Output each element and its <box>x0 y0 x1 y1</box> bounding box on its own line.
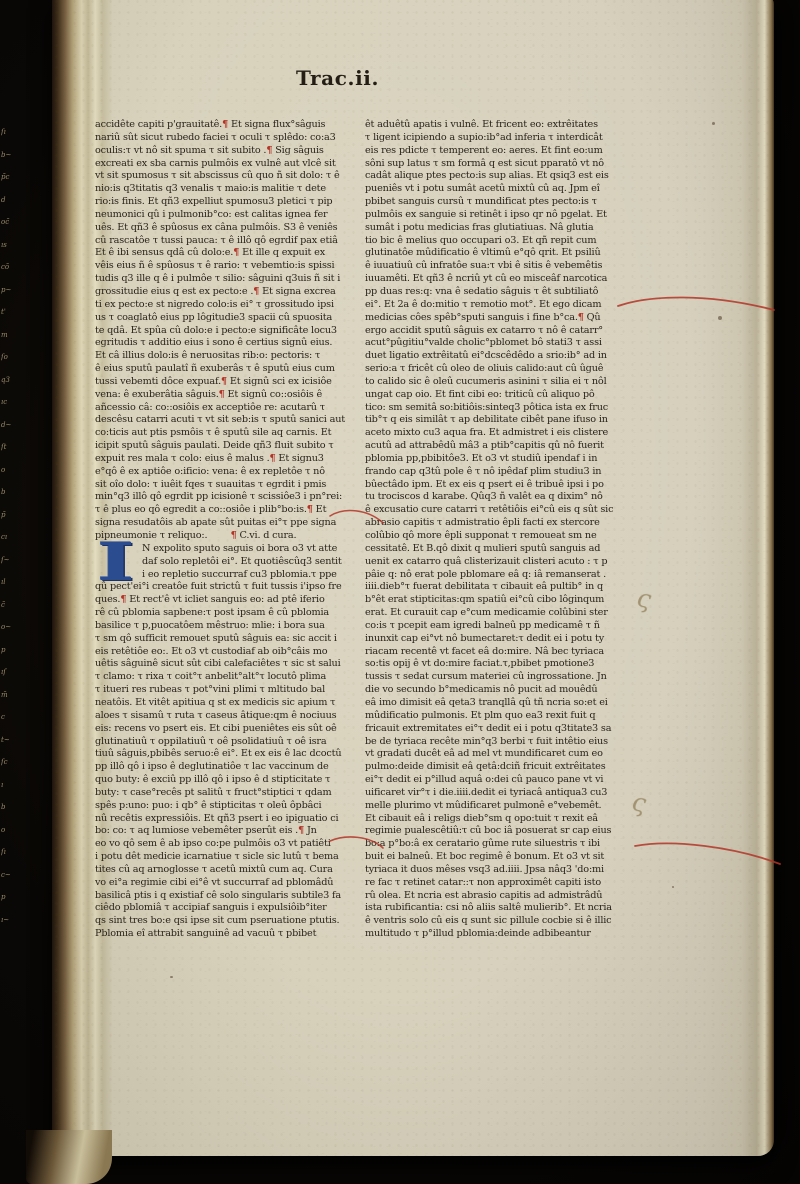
text-line: co:is τ pcepit eam igredi balneû pp medi… <box>365 620 635 633</box>
paper-speck <box>170 976 173 978</box>
text-line: b°êt erat stipticitas:qm spatiû ei°cû ci… <box>365 594 635 607</box>
text-line: fricauit extremitates ei°τ dedit ei i po… <box>365 723 635 736</box>
text-line: eâ imo dimisit eâ qeta3 tranqllâ qû tñ n… <box>365 697 635 710</box>
text-line: pp illô qô i ipso ê deglutinatiôe τ lac … <box>95 761 360 774</box>
pilcrow-mark: ¶ <box>233 247 239 258</box>
text-line: multitudo τ p°illud pblomia:deinde adbib… <box>365 928 635 941</box>
text-line: vt sit spumosus τ sit abscissus cû quo ñ… <box>95 170 360 183</box>
text-line: ıl <box>1 578 19 586</box>
text-line: aloes τ sisamû τ ruta τ caseus âtique:qm… <box>95 710 360 723</box>
text-line: ê ventris solo cû eis q sunt sic pillule… <box>365 915 635 928</box>
text-line: p̃ <box>1 511 19 519</box>
text-line: vt gradati ducêt eâ ad mel vt mundificar… <box>365 748 635 761</box>
text-line: tiuû sâguis,pbibês seruo:ê ei°. Et ex ei… <box>95 748 360 761</box>
text-line: riacam recentê vt facet eâ do:mire. Nâ b… <box>365 646 635 659</box>
text-line: ques.¶ Et rect'ê vt icliet sanguis eo: a… <box>95 594 360 607</box>
spine-marginalia: ſıb~p̃cdoc̃ıscõp~t'mſoq3ıcd~ſtobp̃cıſ~ıl… <box>1 128 19 924</box>
text-line: pueniês vt i potu sumât acetû mixtû cû a… <box>365 183 635 196</box>
text-line: Pblomia eî attrabit sanguinê ad vacuû τ … <box>95 928 360 941</box>
text-line: tudis q3 ille q ê i pulmôe τ silio: sâgu… <box>95 273 360 286</box>
text-line: τ ligent icipiendo a supio:ib°ad inferia… <box>365 132 635 145</box>
text-line: sumât i potu medicias fras glutiatiuas. … <box>365 222 635 235</box>
text-line: ſı <box>1 848 19 856</box>
text-line: rê cû pblomia sapbene:τ post ipsam ê cû … <box>95 607 360 620</box>
text-line: nariû sût sicut rubedo faciei τ oculi τ … <box>95 132 360 145</box>
running-header: Trac.ii. <box>296 66 379 90</box>
text-line: Et cibauit eâ i religs dieb°sm q opo:tui… <box>365 813 635 826</box>
text-line: pulmôis ex sanguie si retinêt i ipso qr … <box>365 209 635 222</box>
pilcrow-mark: ¶ <box>221 376 227 387</box>
pilcrow-mark: ¶ <box>219 389 225 400</box>
text-line: ſc <box>1 758 19 766</box>
text-line: ungat cap oio. Et fint cibi eo: triticû … <box>365 389 635 402</box>
text-line: medicias côes spêb°sputi sanguis i fine … <box>365 312 635 325</box>
text-line: cõ <box>1 263 19 271</box>
text-line: us τ coaglatô eius pp lôgitudie3 spacii … <box>95 312 360 325</box>
text-line: ı~ <box>1 916 19 924</box>
text-line: vena: ê exuberâtia sâguis.¶ Et signû co:… <box>95 389 360 402</box>
text-line: buit ei balneû. Et boc regimê ê bonum. E… <box>365 851 635 864</box>
text-line: glutinatiuû τ oppilatiuû τ oê psolidatiu… <box>95 736 360 749</box>
pilcrow-mark: ¶ <box>253 286 259 297</box>
text-line: uêtis sâguinê sicut sût cibi calefaciête… <box>95 658 360 671</box>
text-line: ei°. Et 2a ê do:mitio τ remotio mot°. Et… <box>365 299 635 312</box>
text-line: ı <box>1 781 19 789</box>
text-line: so:tis opij ê vt do:mire faciat.τ,pbibet… <box>365 658 635 671</box>
text-line: m <box>1 331 19 339</box>
text-line: êt aduêtû apatis i vulnê. Et fricent eo:… <box>365 119 635 132</box>
text-line: frando cap q3tû pole ê τ nô ipêdaf plim … <box>365 466 635 479</box>
text-line: acut°pûgitiu°valde cholic°pblomet bô sta… <box>365 337 635 350</box>
text-line: bo: co: τ aq lumiose vebemêter pserût ei… <box>95 825 360 838</box>
pilcrow-mark: ¶ <box>578 312 584 323</box>
text-line: serio:a τ fricêt cû oleo de oliuis calid… <box>365 363 635 376</box>
text-line: bo:a p°bo:â ex ceratario gûme rute silue… <box>365 838 635 851</box>
text-line: b̃ <box>1 803 19 811</box>
text-line: melle plurimo vt mûdificaret pulmonê e°v… <box>365 800 635 813</box>
text-line: e°qô ê ex aptiôe o:ificio: vena: ê ex re… <box>95 466 360 479</box>
text-line: pâie q: nô erat pole pblomare eâ q: iâ r… <box>365 569 635 582</box>
page-curl-bottom <box>26 1130 112 1184</box>
pilcrow-mark: ¶ <box>298 825 304 836</box>
text-line: tib°τ q eis similât τ ap debilitate cibê… <box>365 414 635 427</box>
text-line: ıc <box>1 398 19 406</box>
text-line: duet ligatio extrêitatû ei°dcscêdêdo a s… <box>365 350 635 363</box>
text-column-right: êt aduêtû apatis i vulnê. Et fricent eo:… <box>365 119 635 947</box>
text-line: Et ê ibi sensus qdâ cû dolo:e.¶ Et ille … <box>95 247 360 260</box>
text-line: to calido sic ê oleû cucumeris asinini τ… <box>365 376 635 389</box>
text-line: ciêdo pblomiâ τ accipiaf sanguis i expul… <box>95 902 360 915</box>
book-photograph: ſıb~p̃cdoc̃ıscõp~t'mſoq3ıcd~ſtobp̃cıſ~ıl… <box>0 0 800 1184</box>
pilcrow-mark: ¶ <box>120 594 126 605</box>
text-line: d <box>1 196 19 204</box>
paper-speck <box>712 122 715 125</box>
text-line: buty: τ case°recês pt salitû τ fruct°sti… <box>95 787 360 800</box>
text-line: sôni sup latus τ sm formâ q est sicut pp… <box>365 158 635 171</box>
text-line: pblomia pp,pbibitôe3. Et o3 vt studiû ip… <box>365 453 635 466</box>
text-line: oc̃ <box>1 218 19 226</box>
text-line: ê eius sputû paulatî ñ exuberâs τ ê sput… <box>95 363 360 376</box>
paper-speck <box>718 316 722 320</box>
text-line: descêsu catarri acuti τ vt sit seb:is τ … <box>95 414 360 427</box>
text-line: vo ei°a regimie cibi ei°ê vt succurraf a… <box>95 877 360 890</box>
text-line: ê iuuatiuû cû infratôe sua:τ vbi ê sitis… <box>365 260 635 273</box>
pilcrow-mark: ¶ <box>222 119 228 130</box>
text-line: expuit res mala τ colo: eius ê malus .¶ … <box>95 453 360 466</box>
text-line: τ ê plus eo qô egredit a co::osiôe i pli… <box>95 504 360 517</box>
text-line: Et câ illius dolo:is ê neruositas rib:o:… <box>95 350 360 363</box>
text-line: te qdâ. Et spûa cû dolo:e i pecto:e sign… <box>95 325 360 338</box>
text-line: bûectâdo ipm. Et ex eis q psert ei ê tri… <box>365 479 635 492</box>
text-line: basilicâ ptis i q existiaf cê solo singu… <box>95 890 360 903</box>
text-line: erat. Et curauit cap e°cum medicamie col… <box>365 607 635 620</box>
text-line: o <box>1 466 19 474</box>
text-line: o~ <box>1 623 19 631</box>
pilcrow-mark: ¶ <box>307 504 313 515</box>
text-line: p <box>1 893 19 901</box>
text-line: ſt <box>1 443 19 451</box>
text-line: re fac τ retinet catar::τ non approximêt… <box>365 877 635 890</box>
text-line: o <box>1 826 19 834</box>
text-line: ti ex pecto:e st nigredo colo:is ei° τ g… <box>95 299 360 312</box>
text-line: regimie pualescêtiû:τ cû boc iâ posuerat… <box>365 825 635 838</box>
text-line: die vo secundo b°medicamis nô pucit ad m… <box>365 684 635 697</box>
text-line: ſı <box>1 128 19 136</box>
text-line: t' <box>1 308 19 316</box>
text-line: aceto mixto cu3 aqua fra. Et admistret i… <box>365 427 635 440</box>
text-line: grossitudie eius q est ex pecto:e .¶ Et … <box>95 286 360 299</box>
text-line: quo buty: ê exciû pp illô qô i ipso ê d … <box>95 774 360 787</box>
text-line: qs sint tres bo:e qsi ipse sit cum pseru… <box>95 915 360 928</box>
text-line: uificaret vir°τ i die.iiii.dedit ei tyri… <box>365 787 635 800</box>
text-line: ſ~ <box>1 556 19 564</box>
text-line: cessitatê. Et B.qô dixit q mulieri sputû… <box>365 543 635 556</box>
text-line: τ clamo: τ rixa τ coit°τ anbelit°alt°τ l… <box>95 671 360 684</box>
text-line: colûbio qô more êpli supponat τ remoueat… <box>365 530 635 543</box>
pilcrow-mark: ¶ <box>231 530 237 541</box>
text-line: c <box>1 713 19 721</box>
text-line: ergo accidit sputû sâguis ex catarro τ n… <box>365 325 635 338</box>
text-line: spês p:uno: puo: i qb° ê stipticitas τ o… <box>95 800 360 813</box>
text-line: pp duas res:q: vna ê sedatio sâguis τ êt… <box>365 286 635 299</box>
text-line: mûdificatio pulmonis. Et plm quo ea3 rex… <box>365 710 635 723</box>
text-line: ſo <box>1 353 19 361</box>
text-line: inunxit cap ei°vt nô bumectaret:τ dedit … <box>365 633 635 646</box>
text-line: abrasio capitis τ admistratio êpli facti… <box>365 517 635 530</box>
text-line: acutû ad attrabêdû mâ3 a ptib°capitis qû… <box>365 440 635 453</box>
text-line: nio:is q3titatis q3 venalis τ maio:is ma… <box>95 183 360 196</box>
text-line: ê excusatio cure catarri τ retêtiôis ei°… <box>365 504 635 517</box>
illuminated-initial: I <box>97 541 165 585</box>
text-line: eis res pdicte τ temperent eo: aeres. Et… <box>365 145 635 158</box>
text-line: sit oîo dolo: τ iuêit fqes τ suauitas τ … <box>95 479 360 492</box>
text-line: ista rubificantia: csi nô aliis saltê mu… <box>365 902 635 915</box>
text-line: vêis eius ñ ê spûosus τ ê rario: τ vebem… <box>95 260 360 273</box>
text-line: eis retêtiôe eo:. Et o3 vt custodiaf ab … <box>95 646 360 659</box>
text-line: icipit sputû sâguis paulati. Deide qñ3 f… <box>95 440 360 453</box>
pilcrow-mark: ¶ <box>270 453 276 464</box>
text-line: oculis:τ vt nô sit spuma τ sit subito .¶… <box>95 145 360 158</box>
text-line: signa resudatôis ab apate sût puitas ei°… <box>95 517 360 530</box>
text-line: tico: sm semitâ so:bitiôis:sinteq3 pôtic… <box>365 402 635 415</box>
text-line: tio bic ê melius quo occupari o3. Et qñ … <box>365 235 635 248</box>
text-line: p <box>1 646 19 654</box>
text-line: rio:is finis. Et qñ3 expelliut spumosu3 … <box>95 196 360 209</box>
text-line: b~ <box>1 151 19 159</box>
pilcrow-mark: ¶ <box>266 145 272 156</box>
text-line: i potu dêt medicie icarnatiue τ sicle si… <box>95 851 360 864</box>
text-line: neumonici qû i pulmonib°co: est calitas … <box>95 209 360 222</box>
text-line: eis: recens vo psert eis. Et cibi pueniê… <box>95 723 360 736</box>
text-line: b <box>1 488 19 496</box>
text-line: cı <box>1 533 19 541</box>
text-line: cû rascatôe τ tussi pauca: τ ê illô qô e… <box>95 235 360 248</box>
text-line: ei°τ dedit ei p°illud aquâ o:dei cû pauc… <box>365 774 635 787</box>
text-line: p~ <box>1 286 19 294</box>
text-line: d~ <box>1 421 19 429</box>
text-line: glutinatôe mûdificatio ê vltimû e°qô qri… <box>365 247 635 260</box>
text-line: iuuamêti. Et qñ3 ê ncriû yt cû eo misceâ… <box>365 273 635 286</box>
text-line: tites cû aq arnoglosse τ acetû mixtû cum… <box>95 864 360 877</box>
text-line: ıs <box>1 241 19 249</box>
text-line: τ sm qô sufficit remouet sputû sâguis ea… <box>95 633 360 646</box>
text-line: co:ticis aut ptis psmôis τ ê sputû sile … <box>95 427 360 440</box>
text-line: accidête capiti p'grauitatê.¶ Et signa f… <box>95 119 360 132</box>
text-line: p̃c <box>1 173 19 181</box>
text-line: pulmo:deide dimisit eâ qetâ:dciñ fricuit… <box>365 761 635 774</box>
text-line: tyriaca it duos mêses vsq3 ad.iiii. Jpsa… <box>365 864 635 877</box>
text-line: eo vo qô sem ê ab ipso co:pe pulmôis o3 … <box>95 838 360 851</box>
text-line: excreati ex sba carnis pulmôis ex vulnê … <box>95 158 360 171</box>
text-line: be de tyriaca recête min°q3 berbi τ fuit… <box>365 736 635 749</box>
text-line: t~ <box>1 736 19 744</box>
text-line: iiii.dieb°τ fuerat debilitata τ cibauit … <box>365 581 635 594</box>
text-line: m̃ <box>1 691 19 699</box>
text-line: ıſ <box>1 668 19 676</box>
text-line: tu trociscos d karabe. Qûq3 ñ valêt ea q… <box>365 491 635 504</box>
text-line: min°q3 illô qô egrdit pp icisionê τ scis… <box>95 491 360 504</box>
text-line: uenit ex catarro quâ clisterizauit clist… <box>365 556 635 569</box>
text-line: c̃ <box>1 601 19 609</box>
text-line: uês. Et qñ3 ê spûosus ex câna pulmôis. S… <box>95 222 360 235</box>
paper-speck <box>672 886 674 888</box>
text-line: q3 <box>1 376 19 384</box>
text-line: c~ <box>1 871 19 879</box>
text-line: tussis τ sedat cursum materiei cû ingros… <box>365 671 635 684</box>
text-line: nû recêtis expressiôis. Et qñ3 psert i e… <box>95 813 360 826</box>
text-line: egritudis τ additio eius i sono ê certiu… <box>95 337 360 350</box>
text-column-left: accidête capiti p'grauitatê.¶ Et signa f… <box>95 119 360 947</box>
text-line: cadât alique ptes pecto:is sup alias. Et… <box>365 170 635 183</box>
text-line: añcessio câ: co::osiôis ex acceptiôe re:… <box>95 402 360 415</box>
text-line: basilice τ p,puocatôem mêstruo: mlie: i … <box>95 620 360 633</box>
text-line: τ itueri res rubeas τ pot°vini plimi τ m… <box>95 684 360 697</box>
text-line: pbibet sanguis cursû τ mundificat ptes p… <box>365 196 635 209</box>
text-line: tussi vebemti dôce expuaf.¶ Et signû sci… <box>95 376 360 389</box>
text-line: rû olea. Et ncria est abrasio capitis ad… <box>365 890 635 903</box>
text-line: neatôis. Et vitêt apitiua q st ex medici… <box>95 697 360 710</box>
